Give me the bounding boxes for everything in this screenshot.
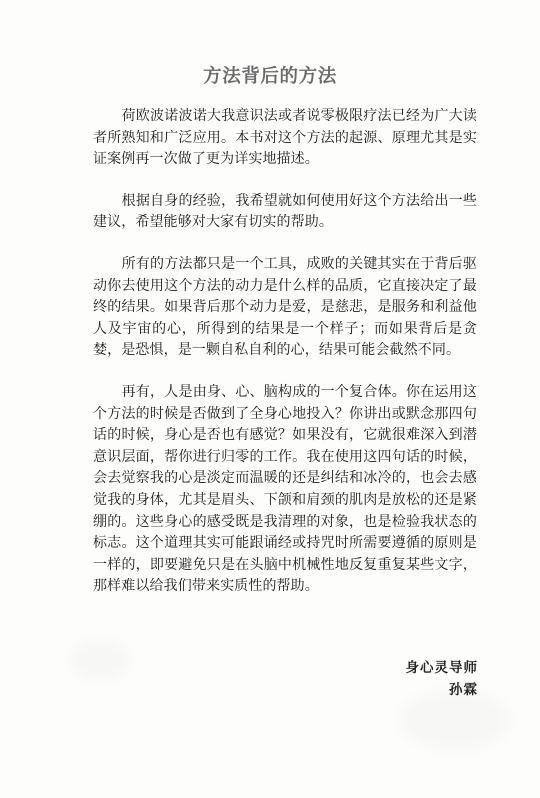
signature: 身心灵导师 孙霖 (406, 657, 479, 701)
paragraph-intro: 荷欧波诺波诺大我意识法或者说零极限疗法已经为广大读者所熟知和广泛应用。本书对这个… (93, 106, 477, 171)
book-page: 方法背后的方法 荷欧波诺波诺大我意识法或者说零极限疗法已经为广大读者所熟知和广泛… (0, 0, 540, 798)
paragraph-suggestion: 根据自身的经验，我希望就如何使用好这个方法给出一些建议，希望能够对大家有切实的帮… (93, 191, 477, 234)
signature-name: 孙霖 (406, 679, 479, 701)
paragraph-motivation: 所有的方法都只是一个工具，成败的关键其实在于背后驱动你去使用这个方法的动力是什么… (93, 254, 477, 362)
page-title: 方法背后的方法 (0, 62, 540, 88)
paragraph-body-mind: 再有，人是由身、心、脑构成的一个复合体。你在运用这个方法的时候是否做到了全身心地… (93, 382, 477, 598)
body-text: 荷欧波诺波诺大我意识法或者说零极限疗法已经为广大读者所熟知和广泛应用。本书对这个… (93, 106, 477, 618)
signature-role: 身心灵导师 (406, 657, 479, 679)
scan-smudge (70, 640, 130, 680)
